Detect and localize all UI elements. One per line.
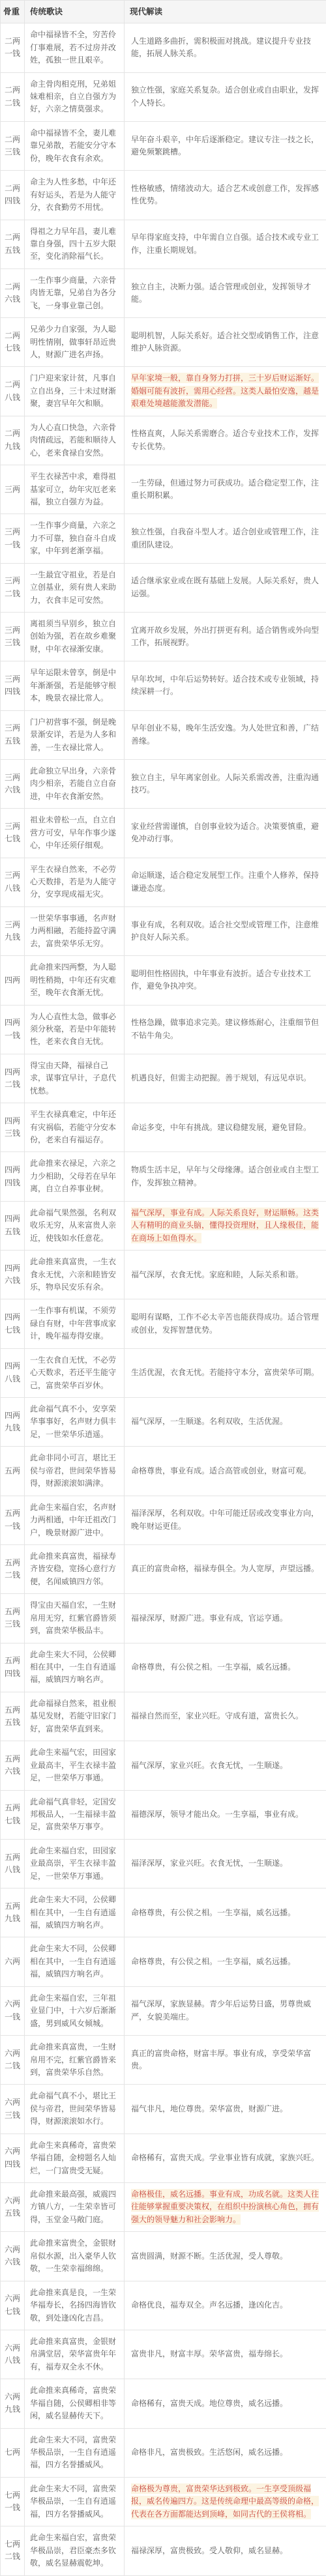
bone-weight-cell: 二两六钱: [1, 268, 25, 317]
table-body: 二两一钱 命中福禄皆不全，穷苦伶仃事难展，若不过房并改姓，孤独一世且艰辛。 人生…: [1, 23, 326, 2575]
traditional-verse-cell: 此命福气真不小，安享荣华事事好，名声财力俱丰足，一世荣华乐逍遥。: [25, 1398, 125, 1447]
interpretation-text: 福气深厚，家业兴旺。衣食无忧，一生顺遂。: [131, 1761, 288, 1770]
bone-weight-cell: 二两一钱: [1, 23, 25, 72]
modern-interpretation-cell: 福气深厚，一生顺遂。名利双收，生活优渥。: [125, 1398, 326, 1447]
interpretation-text: 命格稀有，富贵天成。学业事业皆有成就，家族兴旺。: [131, 2153, 319, 2162]
interpretation-text: 命格尊贵，有公侯之相。一生享福，威名远播。: [131, 1662, 295, 1672]
table-row: 二两四钱 命主为人性多愁，中年还有好运头，若是为人能守分，衣食勤劳不用忧。 性格…: [1, 171, 326, 220]
header-bone-weight: 骨重: [1, 1, 25, 23]
traditional-verse-cell: 此命推来真是良，一生荣华福寿长，名扬四海皆钦敬，到处逢凶化吉昌。: [25, 2281, 125, 2330]
bone-weight-cell: 六两: [1, 1937, 25, 1986]
bone-weight-cell: 三两七钱: [1, 809, 25, 858]
traditional-verse-cell: 门户初营事不强，倒是晚景渐安详，若是为人多和善，一生衣禄比常人。: [25, 710, 125, 759]
interpretation-text: 命格尊贵，有公侯之相。一生享福，威名远播。: [131, 1957, 295, 1966]
table-row: 三两一钱 一生作事少商量，六亲之力不可靠，独自奋斗自成家，中年到老渐享福。 独立…: [1, 514, 326, 563]
traditional-verse-cell: 此命生来大不同，公侯卿相在其中，一生自有逍遥福，威镇四方响名声。: [25, 1937, 125, 1986]
traditional-verse-cell: 平生衣禄真难定，中年还有灾祸临，若能守分安本份，老来自有福运存。: [25, 1103, 125, 1152]
table-row: 五两二钱 此命推来真富贵，福禄寿齐皆安稳，宽扬心意行方便，名闻威镇四方邻。 真正…: [1, 1544, 326, 1593]
table-row: 二两九钱 为人心直口快急，六亲骨肉情疏远，若能和顺待人心，老来食禄自安然。 性格…: [1, 416, 326, 465]
bone-weight-cell: 四两四钱: [1, 1152, 25, 1201]
table-row: 六两一钱 此命生来福自宏，三年祖业显门中，十六岁后渐渐盛，男到威风女倾城。 福气…: [1, 1986, 326, 2035]
bone-weight-cell: 六两七钱: [1, 2281, 25, 2330]
interpretation-text: 福气深厚，衣食无忧。家庭和睦，人际关系和谐。: [131, 1270, 303, 1279]
traditional-verse-cell: 早年运限未曾享，倒是中年渐渐强，若是能够守根本，晚景衣禄比常人。: [25, 661, 125, 710]
interpretation-text: 聪明机智，人际关系好。适合社交型或销售工作，注意维护人脉资源。: [131, 331, 319, 353]
interpretation-text: 早年家境一般，靠自身努力打拼，三十岁后财运渐好。婚姻可能有波折，需用心经营。这类…: [131, 373, 319, 409]
interpretation-text: 聪明但性格固执，中年事业有波折。适合专业技术工作，避免争执冲突。: [131, 969, 311, 991]
traditional-verse-cell: 此命推来真稀奇，富贵荣华福自随，公侯卿相非等闲，威名显赫传天下。: [25, 2379, 125, 2428]
table-row: 六两八钱 此命推来真富贵，金银财帛满堂居，荣华富贵年年有，福寿双全永不休。 富贵…: [1, 2330, 326, 2379]
traditional-verse-cell: 命中福禄皆不全，穷苦伶仃事难展，若不过房并改姓，孤独一世且艰辛。: [25, 23, 125, 72]
table-row: 四两九钱 此命福气真不小，安享荣华事事好，名声财力俱丰足，一世荣华乐逍遥。 福气…: [1, 1398, 326, 1447]
traditional-verse-cell: 此命非同小可言，堪比王侯与帝君，世间荣华皆易得，财源滚滚如满津。: [25, 1447, 125, 1496]
interpretation-text: 福气深厚，事业有成。人际关系良好，财运顺畅。这类人有精明的商业头脑，懂得投资理财…: [131, 1208, 319, 1243]
bone-weight-cell: 五两一钱: [1, 1496, 25, 1544]
traditional-verse-cell: 一世荣华事事通，名声财力两相融，若能持盈守满去，富贵荣华乐无穷。: [25, 906, 125, 955]
interpretation-text: 命格极佳，威名远播。事业有成，功成名就。这类人往往能够掌握重要决策权，在组织中扮…: [131, 2189, 319, 2225]
traditional-verse-cell: 得宝由天福自宏，一生财帛用无穷，红紫官爵皆须到，富贵荣华极品丰。: [25, 1594, 125, 1643]
table-row: 三两二钱 一生最宜守祖业，若是自立创基业，须有贵人来助力，衣食丰足可安然。 适合…: [1, 563, 326, 612]
table-row: 三两七钱 祖业未曾松一点，自立自营方可安，早年作事少遂心，中年还须仔细观。 家业…: [1, 809, 326, 858]
bone-weight-cell: 三两一钱: [1, 514, 25, 563]
traditional-verse-cell: 平生衣禄苦中求，难得祖基家可立，幼年灾厄老来福，独立自强方为益。: [25, 465, 125, 514]
table-row: 五两九钱 此命生来大不同，公侯卿相在其中，一生自有逍遥福，威镇四方响名声。 命格…: [1, 1889, 326, 1937]
traditional-verse-cell: 命主骨肉相克刑，兄弟姐妹难相亲，自立自强方为好，六亲之情莫强求。: [25, 72, 125, 121]
bone-weight-cell: 五两: [1, 1447, 25, 1496]
traditional-verse-cell: 此命生来大不同，富贵荣华极品崇，一生自有逍遥福，四方名誉播威风。: [25, 2428, 125, 2477]
traditional-verse-cell: 此命生来福自宏，三年祖业显门中，十六岁后渐渐盛，男到威风女倾城。: [25, 1986, 125, 2035]
table-row: 三两六钱 此命独立早出身，六亲骨肉少相亲，若能自立自奋进，中年衣食渐安然。 独立…: [1, 759, 326, 808]
bone-weight-cell: 七两二钱: [1, 2526, 25, 2575]
table-row: 七两 此命生来大不同，富贵荣华极品崇，一生自有逍遥福，四方名誉播威风。 命格非凡…: [1, 2428, 326, 2477]
interpretation-text: 早年创业不易，晚年生活安逸。为人处世宜和善，广结善缘。: [131, 723, 319, 745]
modern-interpretation-cell: 真正的富贵命格，福禄寿俱全。为人宽厚，声望远播。: [125, 1544, 326, 1593]
modern-interpretation-cell: 福禄自然而至，家业兴旺。守成有道，富贵长久。: [125, 1692, 326, 1741]
bone-weight-cell: 五两六钱: [1, 1741, 25, 1790]
modern-interpretation-cell: 生活优渥，衣食无忧。若能持守本分，富贵荣华可期。: [125, 1348, 326, 1397]
bone-weight-cell: 五两七钱: [1, 1790, 25, 1839]
bone-weight-cell: 七两一钱: [1, 2477, 25, 2526]
modern-interpretation-cell: 人生道路多曲折，需积极面对挑战。建议提升专业技能，拓展人脉关系。: [125, 23, 326, 72]
bone-weight-cell: 四两: [1, 956, 25, 1005]
modern-interpretation-cell: 早年奋斗艰辛，中年后逐渐稳定。建议专注一技之长，避免频繁跳槽。: [125, 121, 326, 170]
table-row: 四两三钱 平生衣禄真难定，中年还有灾祸临，若能守分安本份，老来自有福运存。 命运…: [1, 1103, 326, 1152]
bone-weight-cell: 六两三钱: [1, 2085, 25, 2134]
traditional-verse-cell: 此命生来福自宏，名声财力两相通，中年迁祖改门户，晚景财源广进中。: [25, 1496, 125, 1544]
modern-interpretation-cell: 早年得家庭支持，中年需自立自强。适合技术或专业工作，注重长期规划。: [125, 220, 326, 268]
modern-interpretation-cell: 宜离开故乡发展，外出打拼更有利。适合销售或外向型工作，拓展视野。: [125, 613, 326, 661]
interpretation-text: 物质生活丰足，早年与父母缘薄。适合创业或自主型工作，发挥独立精神。: [131, 1165, 319, 1187]
interpretation-text: 福禄深厚，富贵极致。受人敬仰，威名显赫。: [131, 2546, 288, 2555]
interpretation-text: 性格急躁，做事追求完美。建议修炼耐心，注重细节但不钻牛角尖。: [131, 1018, 319, 1039]
modern-interpretation-cell: 命格尊贵，有公侯之相。一生享福，威名远播。: [125, 1937, 326, 1986]
table-row: 四两 此命推来四两整，为人聪明性稍拗，中年还有灾难至，晚年衣食渐无忧。 聪明但性…: [1, 956, 326, 1005]
table-row: 三两八钱 平生衣禄自然来，不必劳心天数排，若是为人能守分，安享现成福无灾。 命运…: [1, 858, 326, 906]
modern-interpretation-cell: 福气深厚，事业有成。人际关系良好，财运顺畅。这类人有精明的商业头脑，懂得投资理财…: [125, 1201, 326, 1250]
interpretation-text: 机遇良好，但需主动把握。善于规划，有远见卓识。: [131, 1073, 311, 1082]
table-row: 五两一钱 此命生来福自宏，名声财力两相通，中年迁祖改门户，晚景财源广进中。 福泽…: [1, 1496, 326, 1544]
interpretation-text: 命格尊贵，有公侯之相。一生享福，威名远播。: [131, 1908, 295, 1917]
modern-interpretation-cell: 福德深厚，领导才能出众。一生享福，事业有成。: [125, 1790, 326, 1839]
traditional-verse-cell: 此命推来最高强，威震四方镇八方，一生荣幸皆可得，玉堂金马敞门庭。: [25, 2183, 125, 2232]
table-header: 骨重 传统歌诀 现代解读: [1, 1, 326, 23]
traditional-verse-cell: 此命生来福自宏，田园家业最高崇，平生衣禄丰盈足，一世荣华万事通。: [25, 1839, 125, 1888]
table-row: 五两六钱 此命生来福气宏，田园家业最高丰，平生衣禄丰盈足，一世荣华万事通。 福气…: [1, 1741, 326, 1790]
interpretation-text: 独立自主，决断力强。适合管理或创业，发挥领导才能。: [131, 282, 311, 304]
bone-weight-cell: 五两三钱: [1, 1594, 25, 1643]
traditional-verse-cell: 离祖须当早别乡，独立自创始为强，若在故乡难聚财，中年衣禄渐安康。: [25, 613, 125, 661]
table-row: 四两一钱 为人心直性太急，做事必须分秋毫，若是中年能转性，老来衣食自无忧。 性格…: [1, 1005, 326, 1054]
interpretation-text: 福泽深厚，名利双收。中年可能迁居或改变事业方向，晚年财运更佳。: [131, 1509, 319, 1530]
modern-interpretation-cell: 聪明机智，人际关系好。适合社交型或销售工作，注意维护人脉资源。: [125, 318, 326, 367]
modern-interpretation-cell: 福气深厚，家族显赫。青少年后运势日盛，男尊贵威严，女貌美端庄。: [125, 1986, 326, 2035]
bone-weight-cell: 六两六钱: [1, 2232, 25, 2281]
interpretation-text: 命运多变，中年有挑战。建议稳健发展，避免冒险。: [131, 1123, 311, 1132]
bone-weight-cell: 二两三钱: [1, 121, 25, 170]
bone-weight-cell: 二两五钱: [1, 220, 25, 268]
bone-weight-cell: 二两七钱: [1, 318, 25, 367]
table-row: 三两五钱 门户初营事不强，倒是晚景渐安详，若是为人多和善，一生衣禄比常人。 早年…: [1, 710, 326, 759]
modern-interpretation-cell: 福气深厚，家业兴旺。衣食无忧，一生顺遂。: [125, 1741, 326, 1790]
table-row: 二两三钱 命中福禄皆不全，妻儿难靠兄弟散，若能安分守本份，晚年衣食有余欢。 早年…: [1, 121, 326, 170]
modern-interpretation-cell: 一生劳碌，但通过努力可获成功。适合稳定型工作，注重长期积累。: [125, 465, 326, 514]
interpretation-text: 命格优良，福寿双全。声名远播，逢凶化吉。: [131, 2300, 288, 2309]
modern-interpretation-cell: 命格优良，福寿双全。声名远播，逢凶化吉。: [125, 2281, 326, 2330]
bone-weight-cell: 二两八钱: [1, 367, 25, 416]
traditional-verse-cell: 此命推来四两整，为人聪明性稍拗，中年还有灾难至，晚年衣食渐无忧。: [25, 956, 125, 1005]
bone-weight-cell: 四两二钱: [1, 1054, 25, 1103]
modern-interpretation-cell: 性格直爽，人际关系需磨合。适合专业技术工作，发挥专长优势。: [125, 416, 326, 465]
table-row: 五两七钱 此命福气真非轻，定国安邦极品人，一生福禄丰盈足，富贵荣华万事亨。 福德…: [1, 1790, 326, 1839]
table-row: 二两一钱 命中福禄皆不全，穷苦伶仃事难展，若不过房并改姓，孤独一世且艰辛。 人生…: [1, 23, 326, 72]
interpretation-text: 命格非凡，富贵极致。生活悠闲，威名远播。: [131, 2448, 288, 2457]
bone-weight-cell: 四两六钱: [1, 1251, 25, 1299]
bone-weight-cell: 五两四钱: [1, 1643, 25, 1692]
interpretation-text: 早年奋斗艰辛，中年后逐渐稳定。建议专注一技之长，避免频繁跳槽。: [131, 135, 319, 156]
modern-interpretation-cell: 家业经营需谨慎，自创事业较为适合。决策要慎重，避免冲动行事。: [125, 809, 326, 858]
table-row: 五两三钱 得宝由天福自宏，一生财帛用无穷，红紫官爵皆须到，富贵荣华极品丰。 福禄…: [1, 1594, 326, 1643]
modern-interpretation-cell: 事业有成，名利双收。适合社交型或管理工作，注意维护良好人际关系。: [125, 906, 326, 955]
bone-weight-cell: 六两九钱: [1, 2379, 25, 2428]
modern-interpretation-cell: 福泽深厚，名利双收。中年可能迁居或改变事业方向，晚年财运更佳。: [125, 1496, 326, 1544]
interpretation-text: 福禄深厚，财源广进。事业有成，官运亨通。: [131, 1614, 288, 1623]
bone-weight-cell: 六两八钱: [1, 2330, 25, 2379]
traditional-verse-cell: 此命生来福气宏，田园家业最高丰，平生衣禄丰盈足，一世荣华万事通。: [25, 1741, 125, 1790]
traditional-verse-cell: 一生衣食自无忧，不必劳心天数求，若还平生能守己，富贵荣华百岁休。: [25, 1348, 125, 1397]
table-row: 三两 平生衣禄苦中求，难得祖基家可立，幼年灾厄老来福，独立自强方为益。 一生劳碌…: [1, 465, 326, 514]
bone-weight-cell: 三两六钱: [1, 759, 25, 808]
interpretation-text: 福泽深厚，家业兴旺。衣食无忧，一生顺遂。: [131, 1859, 288, 1868]
modern-interpretation-cell: 独立性强，家庭关系复杂。适合创业或自由职业，发挥个人特长。: [125, 72, 326, 121]
bone-weight-cell: 六两一钱: [1, 1986, 25, 2035]
interpretation-text: 福德深厚，领导才能出众。一生享福，事业有成。: [131, 1810, 303, 1819]
traditional-verse-cell: 平生衣禄自然来，不必劳心天数排，若是为人能守分，安享现成福无灾。: [25, 858, 125, 906]
interpretation-text: 富贵非凡，财富丰厚。荣华富贵，福寿绵长。: [131, 2349, 288, 2358]
header-modern-interpretation: 现代解读: [125, 1, 326, 23]
modern-interpretation-cell: 机遇良好，但需主动把握。善于规划，有远见卓识。: [125, 1054, 326, 1103]
bone-weight-cell: 三两二钱: [1, 563, 25, 612]
interpretation-text: 命运顺遂，适合稳定发展型工作。注重个人修养，保持谦逊态度。: [131, 871, 319, 892]
traditional-verse-cell: 此命生来福自宏，富贵荣华极品崇，君臣豪杰多钦敬，威名显赫震乾坤。: [25, 2526, 125, 2575]
traditional-verse-cell: 命中福禄皆不全，妻儿难靠兄弟散，若能安分守本份，晚年衣食有余欢。: [25, 121, 125, 170]
traditional-verse-cell: 此命生来大不同，公侯卿相在其中，一生自有逍遥福，威镇四方响名声。: [25, 1643, 125, 1692]
traditional-verse-cell: 命主为人性多愁，中年还有好运头，若是为人能守分，衣食勤劳不用忧。: [25, 171, 125, 220]
bone-weight-cell: 三两八钱: [1, 858, 25, 906]
modern-interpretation-cell: 富贵圆满，财源不断。生活优渥，受人尊敬。: [125, 2232, 326, 2281]
bone-weight-cell: 五两八钱: [1, 1839, 25, 1888]
traditional-verse-cell: 此命推来真富贵，一生衣食永无忧，六亲和睦皆安乐，物阜民安乐有余。: [25, 1251, 125, 1299]
bone-weight-cell: 六两四钱: [1, 2134, 25, 2182]
interpretation-text: 早年坎坷，中年后运势转好。适合技术或专业领域，持续深耕一行。: [131, 674, 319, 696]
interpretation-text: 适合继承家业或在既有基础上发展。人际关系好，贵人运强。: [131, 576, 319, 598]
table-row: 三两三钱 离祖须当早别乡，独立自创始为强，若在故乡难聚财，中年衣禄渐安康。 宜离…: [1, 613, 326, 661]
interpretation-text: 宜离开故乡发展，外出打拼更有利。适合销售或外向型工作，拓展视野。: [131, 626, 319, 647]
modern-interpretation-cell: 适合继承家业或在既有基础上发展。人际关系好，贵人运强。: [125, 563, 326, 612]
traditional-verse-cell: 一生作事有机谋，不须劳碌自有财，中年营事成家计，晚年福寿得安康。: [25, 1299, 125, 1348]
bone-weight-cell: 四两三钱: [1, 1103, 25, 1152]
modern-interpretation-cell: 命运顺遂，适合稳定发展型工作。注重个人修养，保持谦逊态度。: [125, 858, 326, 906]
modern-interpretation-cell: 命格极佳，威名远播。事业有成，功成名就。这类人往往能够掌握重要决策权，在组织中扮…: [125, 2183, 326, 2232]
bone-weight-cell: 四两五钱: [1, 1201, 25, 1250]
modern-interpretation-cell: 命运多变，中年有挑战。建议稳健发展，避免冒险。: [125, 1103, 326, 1152]
interpretation-text: 人生道路多曲折，需积极面对挑战。建议提升专业技能，拓展人脉关系。: [131, 36, 311, 58]
interpretation-text: 富贵圆满，财源不断。生活优渥，受人尊敬。: [131, 2251, 288, 2261]
traditional-verse-cell: 此命福气真非轻，定国安邦极品人，一生福禄丰盈足，富贵荣华万事亨。: [25, 1790, 125, 1839]
traditional-verse-cell: 门户迎来家计贫，凡事自立自出身，三十未过财渐聚，妻宫早年欠和顺。: [25, 367, 125, 416]
interpretation-text: 福禄自然而至，家业兴旺。守成有道，富贵长久。: [131, 1711, 303, 1720]
table-row: 五两 此命非同小可言，堪比王侯与帝君，世间荣华皆易得，财源滚滚如满津。 命格尊贵…: [1, 1447, 326, 1496]
modern-interpretation-cell: 命格尊贵，有公侯之相。一生享福，威名远播。: [125, 1643, 326, 1692]
traditional-verse-cell: 此命推来真富贵，金银财帛满堂居，荣华富贵年年有，福寿双全永不休。: [25, 2330, 125, 2379]
bone-weight-cell: 四两九钱: [1, 1398, 25, 1447]
modern-interpretation-cell: 福禄深厚，财源广进。事业有成，官运亨通。: [125, 1594, 326, 1643]
interpretation-text: 福气非凡，地位尊贵。荣华富贵，财源广进。: [131, 2104, 288, 2113]
traditional-verse-cell: 一生最宜守祖业，若是自立创基业，须有贵人来助力，衣食丰足可安然。: [25, 563, 125, 612]
table-row: 二两八钱 门户迎来家计贫，凡事自立自出身，三十未过财渐聚，妻宫早年欠和顺。 早年…: [1, 367, 326, 416]
modern-interpretation-cell: 命格极为尊贵，富贵荣华达到极致。一生享受顶级福报，威名传遍四方。这是传统命理中最…: [125, 2477, 326, 2526]
bone-weight-cell: 五两五钱: [1, 1692, 25, 1741]
table-row: 六两 此命生来大不同，公侯卿相在其中，一生自有逍遥福，威镇四方响名声。 命格尊贵…: [1, 1937, 326, 1986]
modern-interpretation-cell: 福泽深厚，家业兴旺。衣食无忧，一生顺遂。: [125, 1839, 326, 1888]
modern-interpretation-cell: 命格尊贵，有公侯之相。一生享福，威名远播。: [125, 1889, 326, 1937]
interpretation-text: 早年得家庭支持，中年需自立自强。适合技术或专业工作，注重长期规划。: [131, 233, 319, 254]
traditional-verse-cell: 兄弟少力自家强，为人聪明性情刚，做事轩昂近贵人，财源广进名声扬。: [25, 318, 125, 367]
traditional-verse-cell: 此命福气真不小，堪比王侯与帝君，世间荣华皆易得，财源滚滚如水行。: [25, 2085, 125, 2134]
bone-weight-fortune-table: 骨重 传统歌诀 现代解读 二两一钱 命中福禄皆不全，穷苦伶仃事难展，若不过房并改…: [0, 0, 326, 2576]
table-row: 五两八钱 此命生来福自宏，田园家业最高崇，平生衣禄丰盈足，一世荣华万事通。 福泽…: [1, 1839, 326, 1888]
table-row: 七两一钱 此命生来大不同，富贵荣华极品崇，一生自有逍遥福，四方名誉播威风。 命格…: [1, 2477, 326, 2526]
traditional-verse-cell: 一生作事少商量，六亲骨肉皆无靠，兄弟自为各分飞，一身事业靠己创。: [25, 268, 125, 317]
table-row: 四两五钱 此命福气果然强，名利双收乐无穷，从来富贵人亲近，使钱如水任意花。 福气…: [1, 1201, 326, 1250]
interpretation-text: 福气深厚，家族显赫。青少年后运势日盛，男尊贵威严，女貌美端庄。: [131, 1999, 311, 2021]
table-row: 五两四钱 此命生来大不同，公侯卿相在其中，一生自有逍遥福，威镇四方响名声。 命格…: [1, 1643, 326, 1692]
table-row: 六两九钱 此命推来真稀奇，富贵荣华福自随，公侯卿相非等闲，威名显赫传天下。 命格…: [1, 2379, 326, 2428]
modern-interpretation-cell: 独立自主，决断力强。适合管理或创业，发挥领导才能。: [125, 268, 326, 317]
interpretation-text: 事业有成，名利双收。适合社交型或管理工作，注意维护良好人际关系。: [131, 920, 319, 942]
traditional-verse-cell: 为人心直性太急，做事必须分秋毫，若是中年能转性，老来衣食自无忧。: [25, 1005, 125, 1054]
traditional-verse-cell: 此命福禄自然来，祖业根基见发财，若能守旧家门好，富贵荣华直到来。: [25, 1692, 125, 1741]
traditional-verse-cell: 此命福气果然强，名利双收乐无穷，从来富贵人亲近，使钱如水任意花。: [25, 1201, 125, 1250]
modern-interpretation-cell: 福禄深厚，富贵极致。受人敬仰，威名显赫。: [125, 2526, 326, 2575]
bone-weight-cell: 五两九钱: [1, 1889, 25, 1937]
interpretation-text: 家业经营需谨慎，自创事业较为适合。决策要慎重，避免冲动行事。: [131, 822, 319, 843]
header-traditional-verse: 传统歌诀: [25, 1, 125, 23]
table-row: 四两四钱 此命推来衣禄足，六亲之力少相助，父母若在早年离，自立自养事业树。 物质…: [1, 1152, 326, 1201]
bone-weight-cell: 四两一钱: [1, 1005, 25, 1054]
modern-interpretation-cell: 福气非凡，地位尊贵。荣华富贵，财源广进。: [125, 2085, 326, 2134]
modern-interpretation-cell: 独立性强，自我奋斗型人才。适合创业或管理工作，注重团队建设。: [125, 514, 326, 563]
table-row: 二两七钱 兄弟少力自家强，为人聪明性情刚，做事轩昂近贵人，财源广进名声扬。 聪明…: [1, 318, 326, 367]
table-row: 四两二钱 得宝由天降，福禄自己求，谋事宜早计，子息代忧愁。 机遇良好，但需主动把…: [1, 1054, 326, 1103]
traditional-verse-cell: 此命推来衣禄足，六亲之力少相助，父母若在早年离，自立自养事业树。: [25, 1152, 125, 1201]
table-row: 二两六钱 一生作事少商量，六亲骨肉皆无靠，兄弟自为各分飞，一身事业靠己创。 独立…: [1, 268, 326, 317]
bone-weight-cell: 三两九钱: [1, 906, 25, 955]
interpretation-text: 命格极为尊贵，富贵荣华达到极致。一生享受顶级福报，威名传遍四方。这是传统命理中最…: [131, 2483, 319, 2519]
interpretation-text: 独立性强，自我奋斗型人才。适合创业或管理工作，注重团队建设。: [131, 527, 319, 549]
modern-interpretation-cell: 命格尊贵，事业有成。适合高管或创业，财富可观。: [125, 1447, 326, 1496]
modern-interpretation-cell: 早年坎坷，中年后运势转好。适合技术或专业领域，持续深耕一行。: [125, 661, 326, 710]
table-row: 四两七钱 一生作事有机谋，不须劳碌自有财，中年营事成家计，晚年福寿得安康。 聪明…: [1, 1299, 326, 1348]
interpretation-text: 命格尊贵，事业有成。适合高管或创业，财富可观。: [131, 1466, 311, 1475]
bone-weight-cell: 四两七钱: [1, 1299, 25, 1348]
modern-interpretation-cell: 命格稀有，富贵天成。地位尊贵，威名远播。: [125, 2379, 326, 2428]
interpretation-text: 一生劳碌，但通过努力可获成功。适合稳定型工作，注重长期积累。: [131, 478, 319, 500]
interpretation-text: 生活优渥，衣食无忧。若能持守本分，富贵荣华可期。: [131, 1368, 319, 1377]
modern-interpretation-cell: 物质生活丰足，早年与父母缘薄。适合创业或自主型工作，发挥独立精神。: [125, 1152, 326, 1201]
bone-weight-cell: 三两: [1, 465, 25, 514]
bone-weight-cell: 五两二钱: [1, 1544, 25, 1593]
table-row: 七两二钱 此命生来福自宏，富贵荣华极品崇，君臣豪杰多钦敬，威名显赫震乾坤。 福禄…: [1, 2526, 326, 2575]
bone-weight-cell: 六两五钱: [1, 2183, 25, 2232]
interpretation-text: 真正的富贵命格，福禄寿俱全。为人宽厚，声望远播。: [131, 1564, 319, 1573]
traditional-verse-cell: 此命推来真富贵，福禄寿齐皆安稳，宽扬心意行方便，名闻威镇四方邻。: [25, 1544, 125, 1593]
table-row: 六两七钱 此命推来真是良，一生荣华福寿长，名扬四海皆钦敬，到处逢凶化吉昌。 命格…: [1, 2281, 326, 2330]
traditional-verse-cell: 此命生来真稀奇，富贵荣华福自随，金榜题名人灿烂，一门富贵受无疑。: [25, 2134, 125, 2182]
modern-interpretation-cell: 命格非凡，富贵极致。生活悠闲，威名远播。: [125, 2428, 326, 2477]
table-row: 六两二钱 此命推来真富贵，一生财帛用不完，红紫官爵皆来到，富贵荣华乐自然。 真正…: [1, 2036, 326, 2085]
interpretation-text: 命格稀有，富贵天成。地位尊贵，威名远播。: [131, 2399, 288, 2408]
table-row: 六两六钱 此命推来富贵全，金银财帛似水源，出入豪华人钦敬，一生荣幸福绵绵。 富贵…: [1, 2232, 326, 2281]
traditional-verse-cell: 一生作事少商量，六亲之力不可靠，独自奋斗自成家，中年到老渐享福。: [25, 514, 125, 563]
interpretation-text: 福气深厚，一生顺遂。名利双收，生活优渥。: [131, 1417, 288, 1426]
modern-interpretation-cell: 富贵非凡，财富丰厚。荣华富贵，福寿绵长。: [125, 2330, 326, 2379]
modern-interpretation-cell: 性格敏感，情绪波动大。适合艺术或创意工作，发挥感性优势。: [125, 171, 326, 220]
traditional-verse-cell: 此命推来富贵全，金银财帛似水源，出入豪华人钦敬，一生荣幸福绵绵。: [25, 2232, 125, 2281]
bone-weight-cell: 二两九钱: [1, 416, 25, 465]
table-row: 四两八钱 一生衣食自无忧，不必劳心天数求，若还平生能守己，富贵荣华百岁休。 生活…: [1, 1348, 326, 1397]
traditional-verse-cell: 此命独立早出身，六亲骨肉少相亲，若能自立自奋进，中年衣食渐安然。: [25, 759, 125, 808]
modern-interpretation-cell: 聪明有谋略，工作不必太辛苦也能获得成功。适合管理或创业，发挥智慧优势。: [125, 1299, 326, 1348]
traditional-verse-cell: 得祖之力早年昌，妻儿难靠自身强，四十五岁大限至，变化消除福气长。: [25, 220, 125, 268]
bone-weight-cell: 二两二钱: [1, 72, 25, 121]
interpretation-text: 独立性强，家庭关系复杂。适合创业或自由职业，发挥个人特长。: [131, 85, 319, 107]
table-row: 四两六钱 此命推来真富贵，一生衣食永无忧，六亲和睦皆安乐，物阜民安乐有余。 福气…: [1, 1251, 326, 1299]
bone-weight-cell: 七两: [1, 2428, 25, 2477]
table-row: 二两二钱 命主骨肉相克刑，兄弟姐妹难相亲，自立自强方为好，六亲之情莫强求。 独立…: [1, 72, 326, 121]
bone-weight-cell: 三两四钱: [1, 661, 25, 710]
modern-interpretation-cell: 早年创业不易，晚年生活安逸。为人处世宜和善，广结善缘。: [125, 710, 326, 759]
traditional-verse-cell: 祖业未曾松一点，自立自营方可安，早年作事少遂心，中年还须仔细观。: [25, 809, 125, 858]
interpretation-text: 聪明有谋略，工作不必太辛苦也能获得成功。适合管理或创业，发挥智慧优势。: [131, 1312, 319, 1334]
table-row: 六两四钱 此命生来真稀奇，富贵荣华福自随，金榜题名人灿烂，一门富贵受无疑。 命格…: [1, 2134, 326, 2182]
modern-interpretation-cell: 真正的富贵命格，财富丰厚。事业有成，享受荣华富贵。: [125, 2036, 326, 2085]
modern-interpretation-cell: 聪明但性格固执，中年事业有波折。适合专业技术工作，避免争执冲突。: [125, 956, 326, 1005]
bone-weight-cell: 三两三钱: [1, 613, 25, 661]
modern-interpretation-cell: 独立自主，早年离家创业。人际关系需改善，注重沟通技巧。: [125, 759, 326, 808]
modern-interpretation-cell: 性格急躁，做事追求完美。建议修炼耐心，注重细节但不钻牛角尖。: [125, 1005, 326, 1054]
interpretation-text: 性格直爽，人际关系需磨合。适合专业技术工作，发挥专长优势。: [131, 429, 319, 450]
bone-weight-cell: 四两八钱: [1, 1348, 25, 1397]
table-row: 二两五钱 得祖之力早年昌，妻儿难靠自身强，四十五岁大限至，变化消除福气长。 早年…: [1, 220, 326, 268]
traditional-verse-cell: 此命生来大不同，富贵荣华极品崇，一生自有逍遥福，四方名誉播威风。: [25, 2477, 125, 2526]
interpretation-text: 真正的富贵命格，财富丰厚。事业有成，享受荣华富贵。: [131, 2049, 311, 2070]
table-row: 三两四钱 早年运限未曾享，倒是中年渐渐强，若是能够守根本，晚景衣禄比常人。 早年…: [1, 661, 326, 710]
traditional-verse-cell: 此命推来真富贵，一生财帛用不完，红紫官爵皆来到，富贵荣华乐自然。: [25, 2036, 125, 2085]
bone-weight-cell: 二两四钱: [1, 171, 25, 220]
table-row: 三两九钱 一世荣华事事通，名声财力两相融，若能持盈守满去，富贵荣华乐无穷。 事业…: [1, 906, 326, 955]
traditional-verse-cell: 得宝由天降，福禄自己求，谋事宜早计，子息代忧愁。: [25, 1054, 125, 1103]
table-row: 六两三钱 此命福气真不小，堪比王侯与帝君，世间荣华皆易得，财源滚滚如水行。 福气…: [1, 2085, 326, 2134]
table-row: 五两五钱 此命福禄自然来，祖业根基见发财，若能守旧家门好，富贵荣华直到来。 福禄…: [1, 1692, 326, 1741]
interpretation-text: 独立自主，早年离家创业。人际关系需改善，注重沟通技巧。: [131, 773, 319, 794]
modern-interpretation-cell: 命格稀有，富贵天成。学业事业皆有成就，家族兴旺。: [125, 2134, 326, 2182]
header-row: 骨重 传统歌诀 现代解读: [1, 1, 326, 23]
bone-weight-cell: 六两二钱: [1, 2036, 25, 2085]
traditional-verse-cell: 为人心直口快急，六亲骨肉情疏远，若能和顺待人心，老来食禄自安然。: [25, 416, 125, 465]
modern-interpretation-cell: 早年家境一般，靠自身努力打拼，三十岁后财运渐好。婚姻可能有波折，需用心经营。这类…: [125, 367, 326, 416]
bone-weight-cell: 三两五钱: [1, 710, 25, 759]
modern-interpretation-cell: 福气深厚，衣食无忧。家庭和睦，人际关系和谐。: [125, 1251, 326, 1299]
traditional-verse-cell: 此命生来大不同，公侯卿相在其中，一生自有逍遥福，威镇四方响名声。: [25, 1889, 125, 1937]
interpretation-text: 性格敏感，情绪波动大。适合艺术或创意工作，发挥感性优势。: [131, 184, 319, 205]
table-row: 六两五钱 此命推来最高强，威震四方镇八方，一生荣幸皆可得，玉堂金马敞门庭。 命格…: [1, 2183, 326, 2232]
